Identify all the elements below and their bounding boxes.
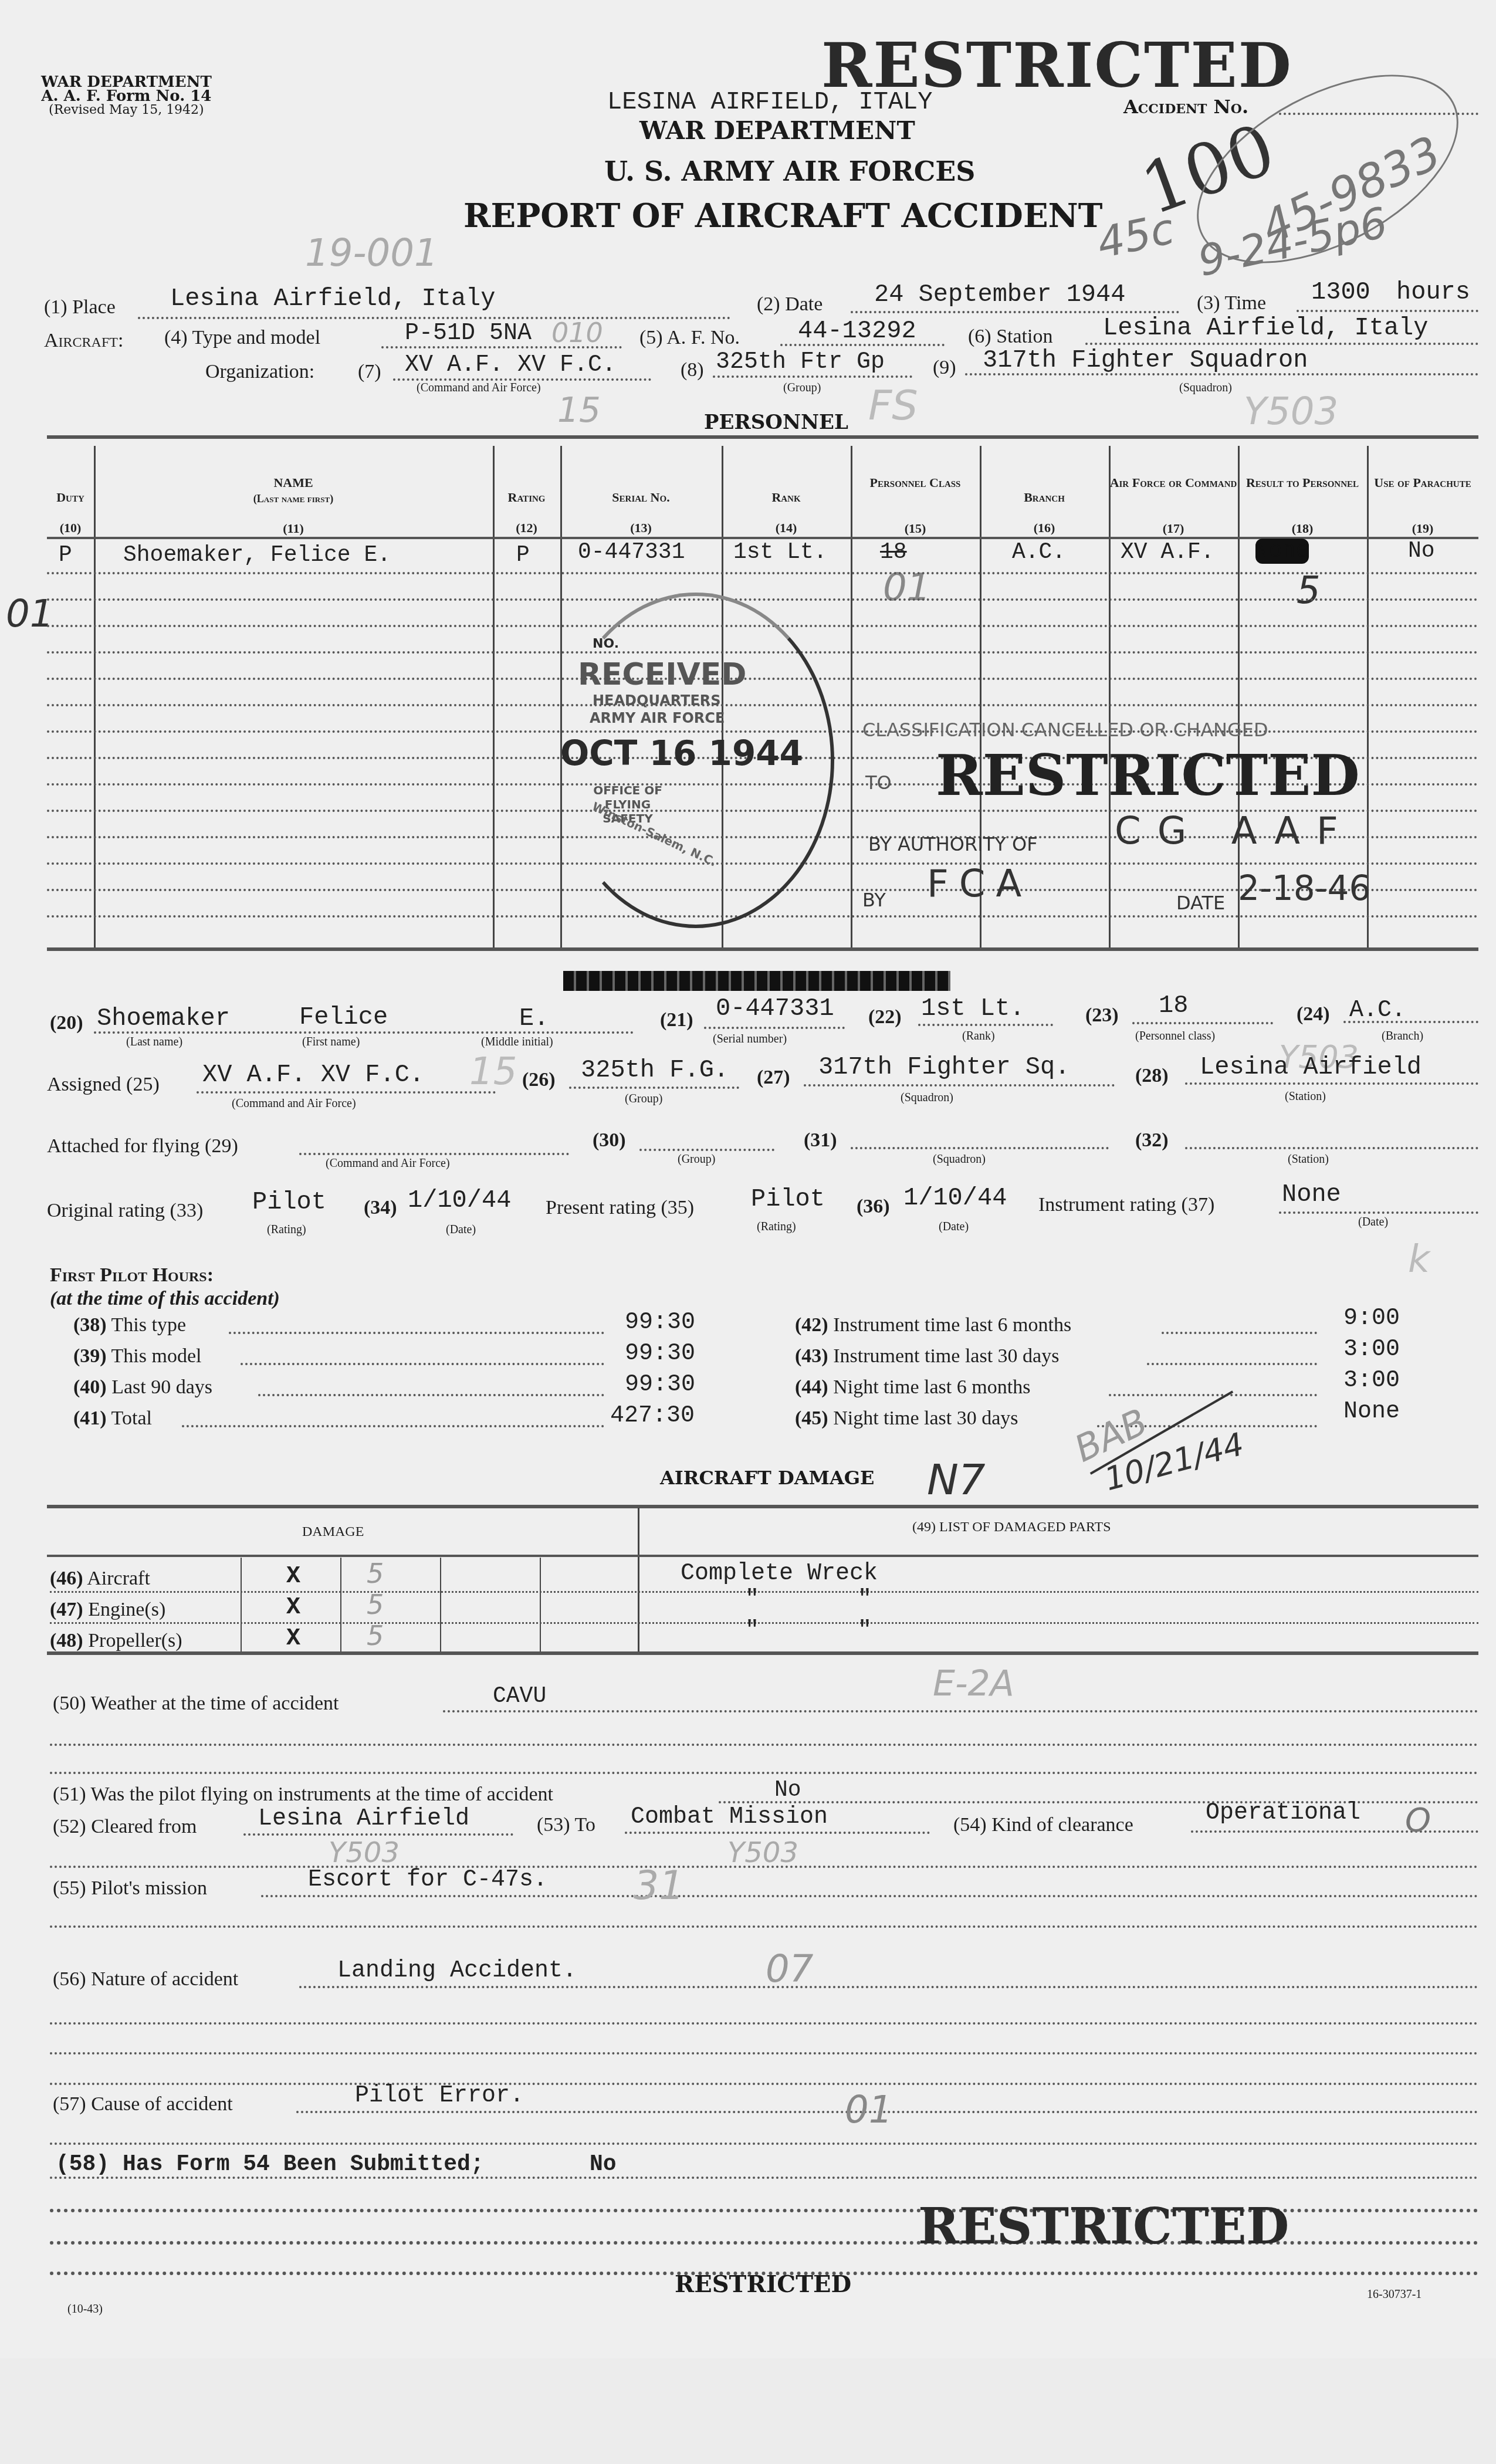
mission-field[interactable]: Escort for C-47s.: [308, 1867, 547, 1893]
assigned-squadron-caption: (Squadron): [901, 1091, 953, 1105]
hours-41-value[interactable]: 427:30: [610, 1403, 695, 1429]
col-serial: Serial No.(13): [560, 490, 722, 536]
authority-label: BY AUTHORITY OF: [868, 833, 1038, 855]
classification-to-value: RESTRICTED: [936, 742, 1360, 808]
instruments-line: [719, 1801, 1478, 1803]
present-rating-label: Present rating (35): [546, 1197, 694, 1219]
instrument-rating-caption: (Date): [1358, 1216, 1388, 1229]
clearance-kind-line: [1191, 1830, 1478, 1833]
col-name: NAME(Last name first)(11): [94, 475, 493, 536]
attached-group-field[interactable]: [639, 1149, 774, 1151]
weather-annotation: E-2A: [933, 1663, 1014, 1704]
cell-rating[interactable]: P: [516, 543, 530, 568]
annotation-prefix: 45c: [1093, 204, 1179, 268]
branch-field[interactable]: A.C.: [1349, 997, 1406, 1024]
form-id-block: WAR DEPARTMENT A. A. F. Form No. 14 (Rev…: [41, 75, 212, 117]
annotation-result: 5: [1297, 569, 1321, 612]
stamp-no: NO.: [593, 637, 619, 651]
form-code-right: 16-30737-1: [1367, 2288, 1421, 2301]
af-no-label: (5) A. F. No.: [639, 327, 740, 349]
time-unit: hours: [1396, 278, 1470, 306]
table-top-rule: [47, 435, 1478, 439]
damage-top-rule: [47, 1505, 1478, 1508]
col-rank: Rank(14): [722, 490, 851, 536]
present-date-caption: (Date): [939, 1220, 969, 1234]
place-field[interactable]: Lesina Airfield, Italy: [170, 285, 496, 313]
cause-field[interactable]: Pilot Error.: [355, 2083, 524, 2109]
table-bottom-rule: [47, 947, 1478, 951]
stamp-hq: HEADQUARTERS: [593, 692, 721, 709]
station-label: (6) Station: [968, 326, 1052, 348]
serial-field[interactable]: 0-447331: [716, 994, 834, 1023]
page-title: REPORT OF AIRCRAFT ACCIDENT: [463, 197, 1102, 235]
hours-43-label: (43) Instrument time last 30 days: [795, 1345, 1059, 1368]
weather-extra-line: [50, 1744, 1478, 1746]
damage-annotation: 5: [367, 1589, 384, 1620]
hours-line: [241, 1363, 604, 1365]
hours-39-value[interactable]: 99:30: [625, 1341, 695, 1367]
row-line: [47, 915, 1478, 918]
typed-location: LESINA AIRFIELD, ITALY: [607, 88, 933, 116]
hours-40-value[interactable]: 99:30: [625, 1372, 695, 1398]
n26: (26): [522, 1069, 556, 1091]
organization-label: Organization:: [205, 361, 314, 383]
instruments-field[interactable]: No: [774, 1778, 801, 1803]
rank-field[interactable]: 1st Lt.: [921, 994, 1024, 1023]
damaged-parts-header: (49) LIST OF DAMAGED PARTS: [912, 1519, 1111, 1535]
cause-label: (57) Cause of accident: [53, 2093, 233, 2116]
command-num: (7): [358, 361, 381, 383]
assigned-station-field[interactable]: Lesina Airfield: [1200, 1053, 1421, 1081]
damage-col: [540, 1558, 541, 1651]
hours-line: [1162, 1332, 1317, 1334]
squadron-field[interactable]: 317th Fighter Squadron: [983, 346, 1308, 374]
dept-title: WAR DEPARTMENT: [639, 116, 915, 145]
date-label: (2) Date: [757, 293, 823, 316]
attached-command-caption: (Command and Air Force): [326, 1157, 450, 1170]
personnel-section-title: PERSONNEL: [704, 411, 848, 434]
nature-label: (56) Nature of accident: [53, 1968, 238, 1991]
annotation-y503-c: Y503: [329, 1836, 400, 1869]
cleared-from-field[interactable]: Lesina Airfield: [258, 1806, 469, 1832]
class-line: [1132, 1022, 1273, 1024]
col-rating: Rating(12): [493, 490, 560, 536]
damaged-parts-value[interactable]: Complete Wreck: [681, 1561, 878, 1587]
instruments-label: (51) Was the pilot flying on instruments…: [53, 1783, 553, 1806]
attached-group-caption: (Group): [678, 1153, 715, 1166]
pilot-section-title-struck: XXXXXXXXXXXXXXXXXXXXXXXX: [563, 971, 950, 991]
original-rating-label: Original rating (33): [47, 1200, 203, 1222]
damage-bottom-rule: [47, 1651, 1478, 1655]
group-line: [713, 375, 912, 378]
attached-command-field[interactable]: [299, 1153, 569, 1155]
stamp-aaf: ARMY AIR FORCE: [590, 710, 725, 726]
cell-name[interactable]: Shoemaker, Felice E.: [123, 543, 391, 568]
col-parachute: Use of Parachute(19): [1367, 475, 1478, 536]
instrument-rating-field[interactable]: None: [1282, 1180, 1341, 1209]
hours-43-value[interactable]: 3:00: [1343, 1336, 1400, 1363]
date-line: [851, 311, 1179, 313]
cell-rank[interactable]: 1st Lt.: [733, 540, 827, 565]
original-rating-field[interactable]: Pilot: [252, 1188, 326, 1216]
time-field[interactable]: 1300: [1311, 278, 1370, 306]
instrument-rating-label: Instrument rating (37): [1038, 1194, 1214, 1216]
hours-38-value[interactable]: 99:30: [625, 1309, 695, 1336]
n20: (20): [50, 1012, 83, 1034]
last-name-field[interactable]: Shoemaker: [97, 1004, 230, 1033]
extra-line: [50, 2177, 1478, 2179]
assigned-command-field[interactable]: XV A.F. XV F.C.: [202, 1061, 424, 1089]
classification-to-label: TO: [865, 771, 892, 794]
attached-station-caption: (Station): [1288, 1153, 1329, 1166]
hours-41-label: (41) Total: [73, 1407, 152, 1430]
n36: (36): [857, 1196, 890, 1218]
hours-line: [1109, 1394, 1317, 1396]
af-no-field[interactable]: 44-13292: [798, 317, 916, 345]
hours-line: [229, 1332, 604, 1334]
extra-line: [50, 2083, 1478, 2085]
weather-field[interactable]: CAVU: [493, 1684, 546, 1709]
group-num: (8): [681, 359, 704, 381]
mission-line: [261, 1895, 1478, 1897]
squadron-caption: (Squadron): [1179, 381, 1232, 395]
n22: (22): [868, 1006, 902, 1028]
damage-section-title: AIRCRAFT DAMAGE: [660, 1467, 875, 1489]
assigned-command-caption: (Command and Air Force): [232, 1097, 356, 1111]
cleared-to-line: [625, 1832, 930, 1834]
damage-annotation: 5: [367, 1620, 384, 1651]
hours-42-value[interactable]: 9:00: [1343, 1305, 1400, 1332]
col-branch: Branch(16): [980, 490, 1109, 536]
hours-38-label: (38) This type: [73, 1314, 186, 1336]
damage-mark[interactable]: X: [286, 1626, 300, 1652]
station-field[interactable]: Lesina Airfield, Italy: [1103, 314, 1429, 342]
command-caption: (Command and Air Force): [417, 381, 541, 395]
accident-report-page: WAR DEPARTMENT A. A. F. Form No. 14 (Rev…: [0, 0, 1496, 2358]
hours-39-label: (39) This model: [73, 1345, 201, 1368]
date-value-stamp: 2-18-46: [1238, 868, 1370, 908]
group-field[interactable]: 325th Ftr Gp: [716, 349, 885, 375]
annotation-fs: FS: [868, 381, 918, 429]
squadron-num: (9): [933, 357, 956, 379]
hours-40-label: (40) Last 90 days: [73, 1376, 212, 1399]
col-result: Result to Personnel(18): [1238, 475, 1367, 536]
n30: (30): [593, 1129, 626, 1152]
group-caption: (Group): [783, 381, 821, 395]
restricted-stamp-bottom: RESTRICTED: [918, 2197, 1289, 2255]
present-rating-field[interactable]: Pilot: [751, 1185, 825, 1213]
hours-title: First Pilot Hours:: [50, 1264, 214, 1287]
rank-line: [918, 1024, 1053, 1026]
assigned-squadron-field[interactable]: 317th Fighter Sq.: [818, 1053, 1069, 1081]
command-field[interactable]: XV A.F. XV F.C.: [405, 352, 616, 378]
col-air-force: Air Force or Command(17): [1109, 475, 1238, 536]
assigned-squadron-line: [804, 1084, 1115, 1087]
n28: (28): [1135, 1065, 1169, 1087]
hours-line: [182, 1425, 604, 1427]
branch-caption: (Branch): [1382, 1030, 1423, 1043]
cause-annotation: 01: [845, 2089, 892, 2132]
annotation-y503-d: Y503: [727, 1836, 798, 1869]
damage-col: [440, 1558, 441, 1651]
form-code-left: (10-43): [67, 2303, 103, 2316]
original-date-caption: (Date): [446, 1223, 476, 1237]
type-label: (4) Type and model: [164, 327, 320, 349]
hours-line: [258, 1394, 604, 1396]
assigned-group-field[interactable]: 325th F.G.: [581, 1056, 729, 1084]
assigned-group-caption: (Group): [625, 1092, 662, 1106]
place-line: [138, 317, 730, 319]
damaged-parts-value[interactable]: " ": [745, 1587, 872, 1613]
original-date-field[interactable]: 1/10/44: [408, 1186, 511, 1214]
col-personnel-class: Personnel Class(15): [851, 475, 980, 536]
col-duty: Duty(10): [47, 490, 94, 536]
extra-line: [50, 2022, 1478, 2025]
hours-45-value[interactable]: None: [1343, 1399, 1400, 1425]
place-label: (1) Place: [44, 296, 116, 319]
rank-caption: (Rank): [962, 1030, 995, 1043]
damage-header: DAMAGE: [302, 1524, 364, 1540]
hours-44-value[interactable]: 3:00: [1343, 1368, 1400, 1394]
attached-squadron-caption: (Squadron): [933, 1153, 986, 1166]
assigned-station-line: [1185, 1082, 1478, 1085]
hours-subtitle: (at the time of this accident): [50, 1288, 280, 1310]
damage-mark[interactable]: X: [286, 1595, 300, 1621]
revised-date: (Revised May 15, 1942): [41, 103, 212, 117]
n31: (31): [804, 1129, 837, 1152]
annotation-k: k: [1408, 1238, 1430, 1281]
type-annotation: 010: [551, 317, 603, 348]
printed-restricted: RESTRICTED: [675, 2270, 851, 2298]
middle-initial-caption: (Middle initial): [481, 1035, 553, 1049]
time-line: [1297, 310, 1478, 312]
row-line: [47, 572, 1478, 574]
damage-col: [340, 1558, 341, 1651]
damage-header-rule: [47, 1555, 1478, 1557]
station-line: [1085, 343, 1478, 345]
nature-field[interactable]: Landing Accident.: [337, 1958, 577, 1984]
clearance-kind-field[interactable]: Operational: [1206, 1800, 1360, 1826]
assigned-label: Assigned (25): [47, 1074, 160, 1096]
damaged-parts-value[interactable]: " ": [745, 1618, 872, 1644]
cell-result-redacted[interactable]: None: [1255, 539, 1309, 564]
last-name-caption: (Last name): [126, 1035, 182, 1049]
present-date-field[interactable]: 1/10/44: [903, 1184, 1007, 1212]
original-rating-caption: (Rating): [267, 1223, 306, 1237]
cleared-from-label: (52) Cleared from: [53, 1816, 197, 1838]
cleared-from-line: [243, 1833, 513, 1836]
accident-no-label: Accident No.: [1123, 96, 1248, 118]
form-number: A. A. F. Form No. 14: [41, 89, 212, 103]
n32: (32): [1135, 1129, 1169, 1152]
mission-label: (55) Pilot's mission: [53, 1877, 207, 1900]
aircraft-label: Aircraft:: [44, 330, 123, 352]
weather-extra-line: [50, 1772, 1478, 1774]
middle-initial-field[interactable]: E.: [519, 1004, 549, 1033]
command-line: [393, 378, 651, 381]
nature-line: [299, 1986, 1478, 1988]
stamp-received: RECEIVED: [578, 657, 747, 692]
date-label-stamp: DATE: [1176, 892, 1225, 914]
stamp-date: OCT 16 1944: [560, 733, 803, 773]
clearance-annotation: O: [1405, 1801, 1431, 1839]
cell-branch[interactable]: A.C.: [1012, 540, 1065, 565]
annotation-y503: Y503: [1244, 390, 1338, 434]
hours-45-label: (45) Night time last 30 days: [795, 1407, 1018, 1430]
weather-line: [443, 1710, 1478, 1712]
form54-label: (58) Has Form 54 Been Submitted;: [56, 2152, 484, 2177]
type-field[interactable]: P-51D 5NA: [405, 320, 532, 347]
date-field[interactable]: 24 September 1944: [874, 280, 1125, 309]
cell-class[interactable]: 18: [880, 540, 907, 565]
cell-parachute[interactable]: No: [1408, 539, 1435, 564]
extra-line: [50, 1925, 1478, 1928]
extra-line: [50, 2052, 1478, 2055]
annotation-15-b: 15: [469, 1050, 517, 1094]
mission-annotation: 31: [634, 1863, 685, 1909]
row-line: [47, 598, 1478, 601]
annotation-n7: N7: [927, 1455, 986, 1504]
class-caption: (Personnel class): [1135, 1030, 1215, 1043]
damage-divider: [638, 1508, 639, 1651]
assigned-command-line: [197, 1091, 496, 1094]
first-name-caption: (First name): [302, 1035, 360, 1049]
weather-label: (50) Weather at the time of accident: [53, 1693, 339, 1715]
extra-line: [50, 1866, 1478, 1868]
clearance-kind-label: (54) Kind of clearance: [953, 1814, 1133, 1836]
assigned-station-caption: (Station): [1285, 1090, 1326, 1104]
n21: (21): [660, 1009, 693, 1031]
authority-value: CG AAF: [1115, 810, 1355, 853]
present-rating-caption: (Rating): [757, 1220, 796, 1234]
instrument-rating-line: [1279, 1211, 1478, 1214]
attached-label: Attached for flying (29): [47, 1135, 238, 1157]
by-value: FCA: [927, 862, 1032, 906]
n34: (34): [364, 1197, 397, 1219]
hours-42-label: (42) Instrument time last 6 months: [795, 1314, 1071, 1336]
serial-line: [704, 1027, 845, 1029]
cleared-to-label: (53) To: [537, 1814, 595, 1836]
n24: (24): [1297, 1003, 1330, 1025]
attached-squadron-field[interactable]: [851, 1147, 1109, 1149]
cell-serial[interactable]: 0-447331: [578, 540, 685, 565]
n23: (23): [1085, 1004, 1119, 1027]
annotation-15: 15: [557, 390, 601, 430]
extra-line: [50, 2143, 1478, 2145]
time-label: (3) Time: [1197, 292, 1266, 314]
damage-annotation: 5: [367, 1558, 384, 1589]
cleared-to-field[interactable]: Combat Mission: [631, 1804, 828, 1830]
first-name-field[interactable]: Felice: [299, 1003, 388, 1031]
by-label: BY: [862, 889, 886, 911]
hours-44-label: (44) Night time last 6 months: [795, 1376, 1030, 1399]
assigned-group-line: [569, 1087, 739, 1089]
attached-station-field[interactable]: [1185, 1147, 1478, 1149]
service-title: U. S. ARMY AIR FORCES: [604, 155, 976, 187]
nature-annotation: 07: [766, 1948, 813, 1991]
damage-mark[interactable]: X: [286, 1563, 300, 1590]
cell-air-force[interactable]: XV A.F.: [1121, 540, 1214, 565]
annotation-left-code: 19-001: [305, 232, 438, 275]
form54-field[interactable]: No: [590, 2152, 617, 2177]
hours-line: [1147, 1363, 1317, 1365]
serial-caption: (Serial number): [713, 1033, 787, 1046]
class-field[interactable]: 18: [1159, 991, 1188, 1020]
classification-cancelled: CLASSIFICATION CANCELLED OR CHANGED: [862, 719, 1268, 741]
n27: (27): [757, 1067, 790, 1089]
damage-col: [241, 1558, 242, 1651]
cell-duty[interactable]: P: [59, 543, 72, 568]
